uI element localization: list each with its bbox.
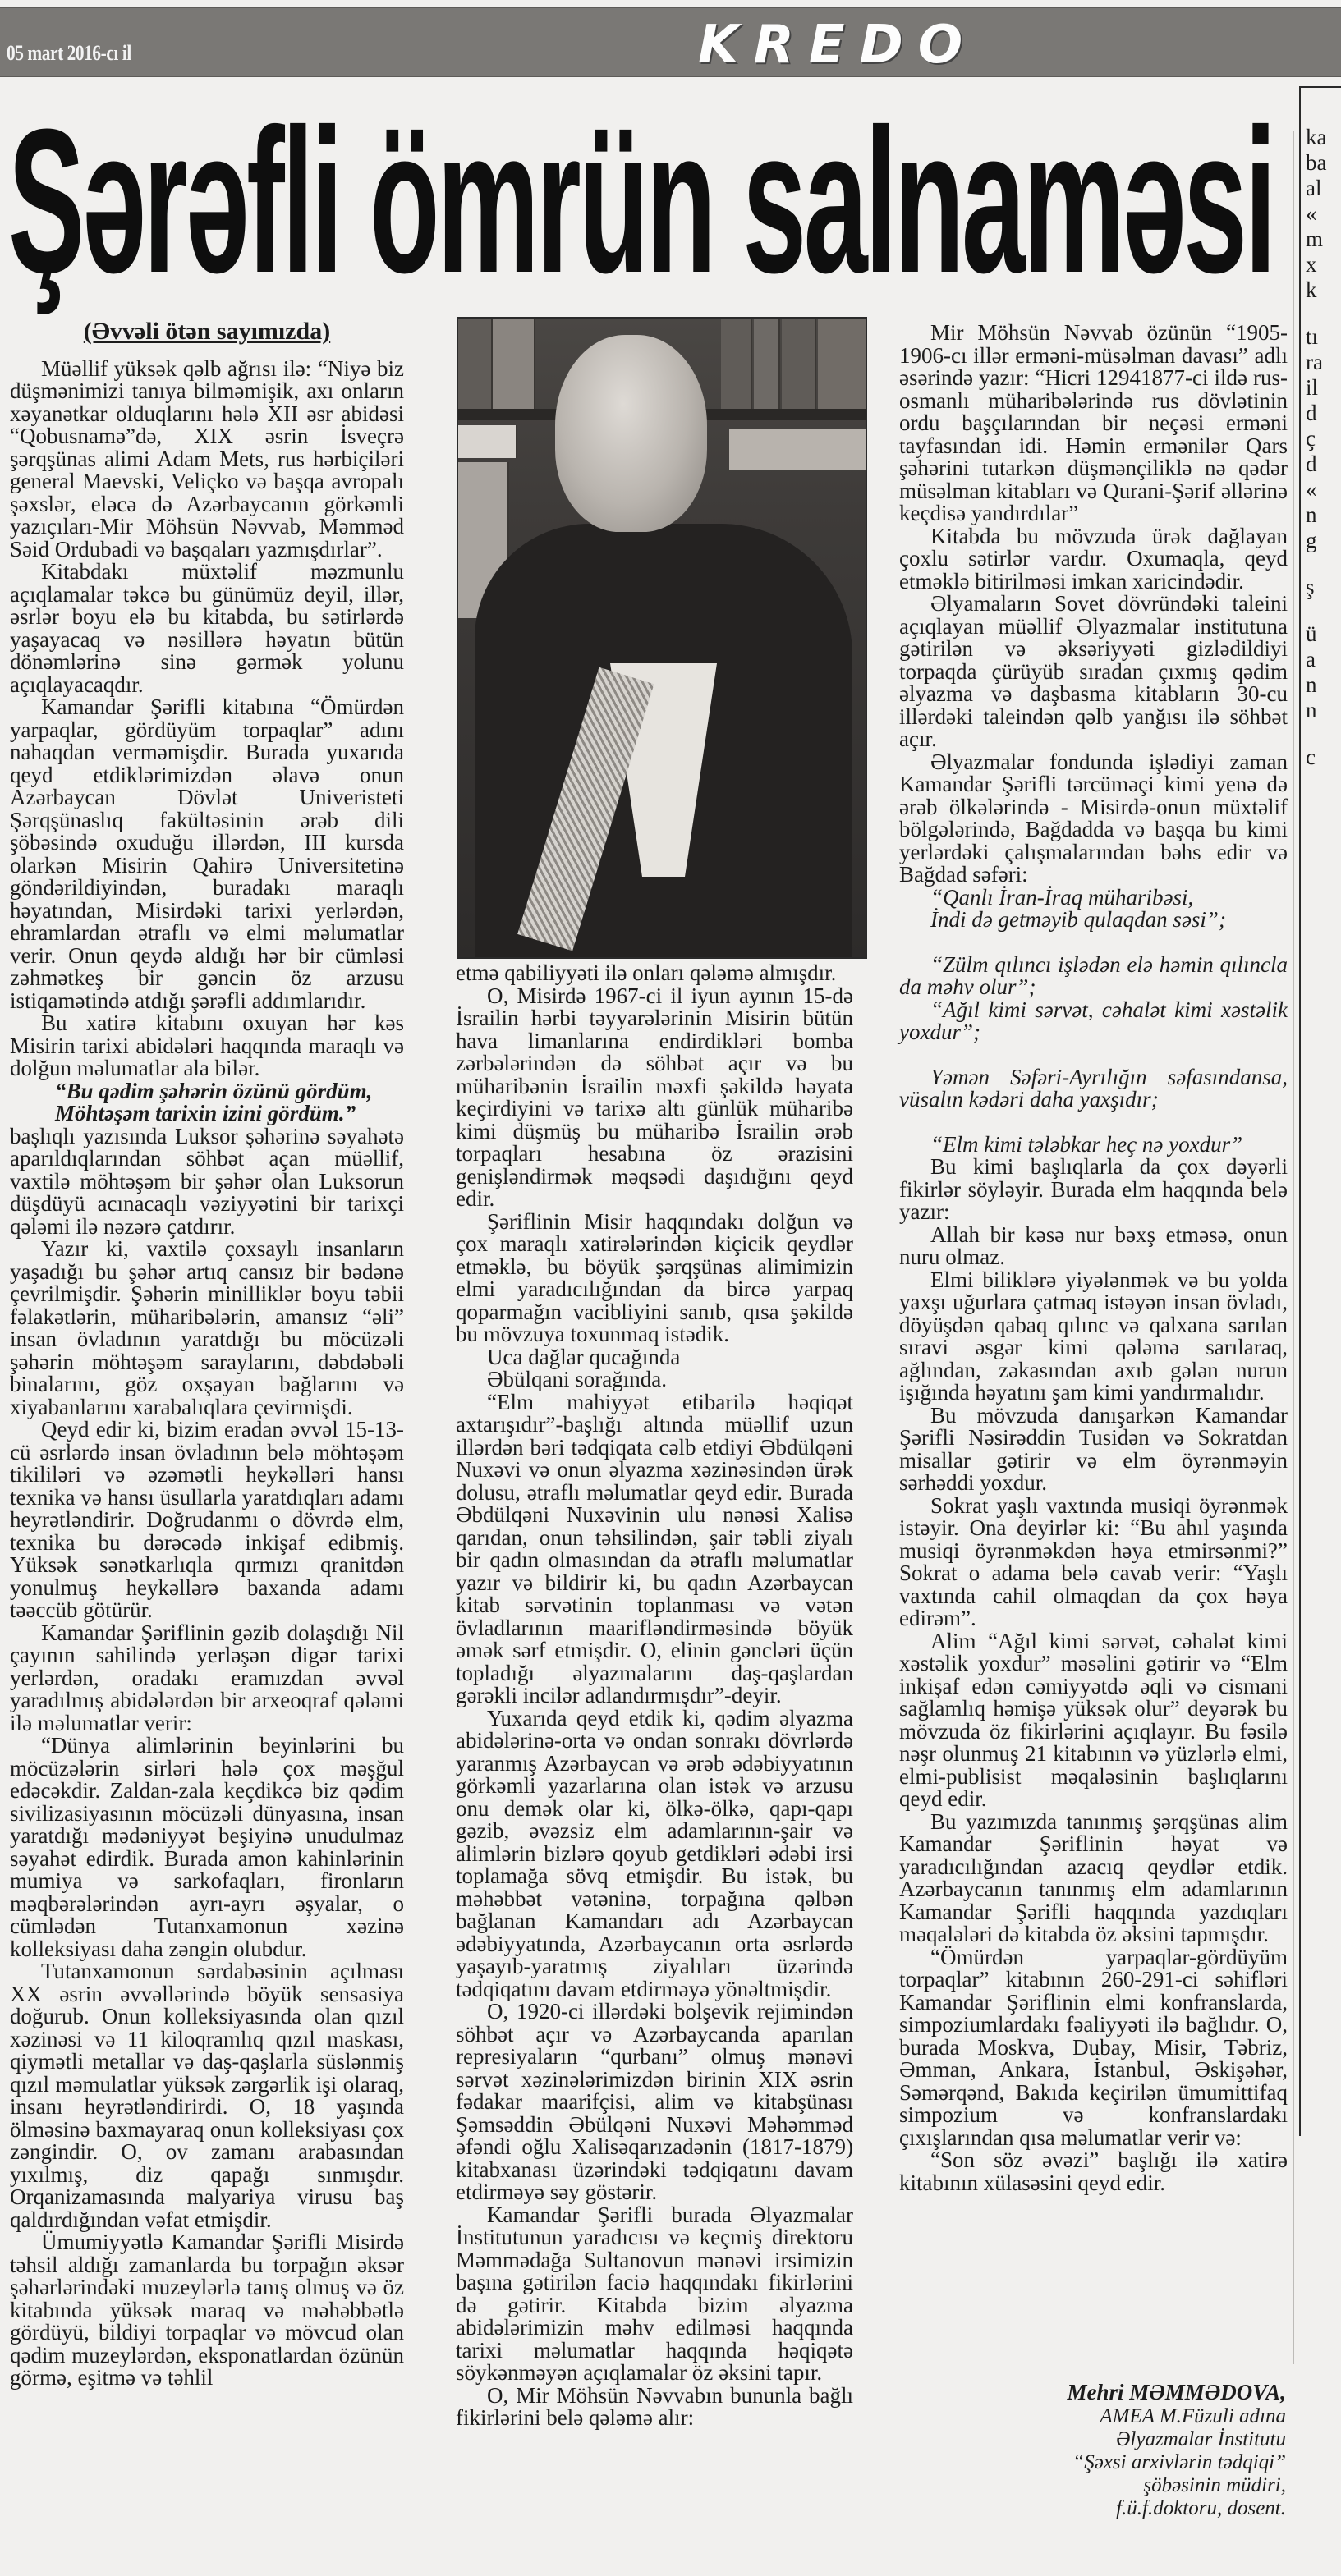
quote-line: “Zülm qılıncı işlədən elə həmin qılıncla… [899,954,1288,999]
paragraph: Müəllif yüksək qəlb ağrısı ilə: “Niyə bi… [10,358,404,561]
paragraph: Sokrat yaşlı vaxtında musiqi öyrənmək is… [899,1495,1288,1630]
paragraph: başlıqlı yazısında Luksor şəhərinə səyah… [10,1125,404,1239]
quote-line: Yəmən Səfəri-Ayrılığın səfasındansa, vüs… [899,1066,1288,1112]
quote-line: “Elm kimi tələbkar heç nə yoxdur” [899,1134,1288,1157]
article-headline: Şərəfli ömrün salnaməsi [8,86,726,316]
paragraph: O, 1920-ci illərdəki bolşevik rejimindən… [456,2001,853,2204]
paragraph: Kamandar Şəriflinin gəzib dolaşdığı Nil … [10,1622,404,1735]
paragraph: Elmi biliklərə yiyələnmək və bu yolda ya… [899,1269,1288,1405]
paragraph: etmə qabiliyyəti ilə onları qələmə almış… [456,962,853,985]
bookshelf-book [493,319,535,409]
author-affiliation: Əlyazmalar İnstitutu [985,2428,1286,2451]
author-title: f.ü.f.doktoru, dosent. [985,2497,1286,2520]
fragment-text [1306,723,1341,745]
paragraph: “Elm mahiyyət etibarilə həqiqət axtarışı… [456,1391,853,1707]
fragment-text: n [1306,698,1341,723]
issue-date: 05 mart 2016-cı il [7,41,131,66]
article-column-2: etmə qabiliyyəti ilə onları qələmə almış… [456,962,853,2430]
fragment-text: c [1306,745,1341,770]
article-column-3: Mir Möhsün Nəvvab özünün “1905-1906-cı i… [899,322,1288,2194]
verse-line: Əbülqani sorağında. [456,1368,853,1391]
paragraph: Tutanxamonun sərdabəsinin açılması XX əs… [10,1960,404,2231]
pull-quote-line: Möhtəşəm tarixin izini gördüm.” [10,1102,404,1125]
paragraph: Qeyd edir ki, bizim eradan əvvəl 15-13-c… [10,1419,404,1622]
author-affiliation: AMEA M.Füzuli adına [985,2405,1286,2428]
paragraph: “Dünya alimlərinin beyinlərini bu möcüzə… [10,1735,404,1960]
paragraph: Şəriflinin Misir haqqındakı dolğun və ço… [456,1211,853,1346]
author-name: Mehri MƏMMƏDOVA, [985,2381,1286,2404]
paragraph: Əlyazmalar fondunda işlədiyi zaman Kaman… [899,751,1288,887]
bookshelf-book [729,429,867,470]
fragment-text [1306,303,1341,324]
fragment-text: d [1306,401,1341,426]
paragraph: Bu kimi başlıqlarla da çox dəyərli fikir… [899,1156,1288,1224]
paragraph: Alim “Ağıl kimi sərvət, cəhalət kimi xəs… [899,1630,1288,1811]
masthead-banner: 05 mart 2016-cı il KREDO [0,7,1341,77]
fragment-text: ba [1306,150,1341,176]
continued-note: (Əvvəli ötən sayımızda) [10,320,404,343]
fragment-text: il [1306,375,1341,401]
bookshelf-book [458,319,493,409]
fragment-text: x [1306,252,1341,277]
paragraph: Bu mövzuda danışarkən Kamandar Şərifli N… [899,1405,1288,1495]
article-column-1: (Əvvəli ötən sayımızda) Müəllif yüksək q… [10,320,404,2390]
bookshelf-book [818,319,867,409]
publication-name: KREDO [698,15,977,76]
fragment-text: n [1306,672,1341,698]
bookshelf-book [458,425,517,458]
quote-line: “Qanlı İran-İraq müharibəsi, [899,887,1288,910]
fragment-text: « [1306,201,1341,227]
portrait-photo [457,317,867,959]
paragraph: O, Misirdə 1967-ci il iyun ayının 15-də … [456,985,853,1211]
paragraph: Kitabdakı müxtəlif məzmunlu açıqlamalar … [10,561,404,696]
paragraph: Mir Möhsün Nəvvab özünün “1905-1906-cı i… [899,322,1288,525]
adjacent-article-fragment: kabaal«mxktıraildçd«ngşüannc [1299,86,1341,2136]
fragment-text: ü [1306,621,1341,647]
column-divider [1293,131,1294,2364]
fragment-text: k [1306,277,1341,303]
paragraph: Kitabda bu mövzuda ürək dağlayan çoxlu s… [899,525,1288,594]
author-byline: Mehri MƏMMƏDOVA, AMEA M.Füzuli adına Əly… [985,2381,1286,2520]
fragment-text: ç [1306,426,1341,451]
bookshelf-book [782,319,816,409]
fragment-text: m [1306,227,1341,252]
face [555,335,707,532]
author-affiliation: “Şəxsi arxivlərin tədqiqi” [985,2451,1286,2474]
fragment-text: al [1306,176,1341,201]
paragraph: Bu yazımızda tanınmış şərqşünas alim Kam… [899,1811,1288,1946]
paragraph: Kamandar Şərifli burada Əlyazmalar İnsti… [456,2204,853,2385]
author-affiliation: şöbəsinin müdiri, [985,2474,1286,2497]
fragment-text: g [1306,528,1341,553]
paragraph: Bu xatirə kitabını oxuyan hər kəs Misiri… [10,1012,404,1080]
paragraph: Ümumiyyətlə Kamandar Şərifli Misirdə təh… [10,2231,404,2390]
bookshelf-book [754,319,780,409]
paragraph: “Ömürdən yarpaqlar-gördüyüm torpaqlar” k… [899,1946,1288,2150]
verse-line: Uca dağlar qucağında [456,1346,853,1369]
quote-line: İndi də getməyib qulaqdan səsi”; [899,909,1288,932]
fragment-text: ş [1306,575,1341,600]
paragraph: Yazır ki, vaxtilə çoxsaylı insanların ya… [10,1238,404,1419]
fragment-text: « [1306,477,1341,502]
fragment-text: ka [1306,125,1341,150]
bookshelf-book [721,319,752,409]
fragment-text: n [1306,502,1341,528]
fragment-text: ra [1306,350,1341,375]
fragment-text: d [1306,451,1341,477]
fragment-text: a [1306,647,1341,672]
paragraph: Yuxarıda qeyd etdik ki, qədim əlyazma ab… [456,1707,853,2001]
paragraph: Allah bir kəsə nur bəxş etməsə, onun nur… [899,1224,1288,1269]
quote-line: “Ağıl kimi sərvət, cəhalət kimi xəstəlik… [899,999,1288,1044]
paragraph: “Son söz əvəzi” başlığı ilə xatirə kitab… [899,2149,1288,2194]
paragraph: O, Mir Möhsün Nəvvabın bununla bağlı fik… [456,2385,853,2430]
suit-jacket [475,524,852,959]
paragraph: Əlyamaların Sovet dövründəki taleini açı… [899,593,1288,751]
fragment-text: tı [1306,324,1341,350]
pull-quote-line: “Bu qədim şəhərin özünü gördüm, [10,1080,404,1103]
paragraph: Kamandar Şərifli kitabına “Ömürdən yarpa… [10,696,404,1012]
fragment-text [1306,600,1341,621]
fragment-text [1306,553,1341,575]
